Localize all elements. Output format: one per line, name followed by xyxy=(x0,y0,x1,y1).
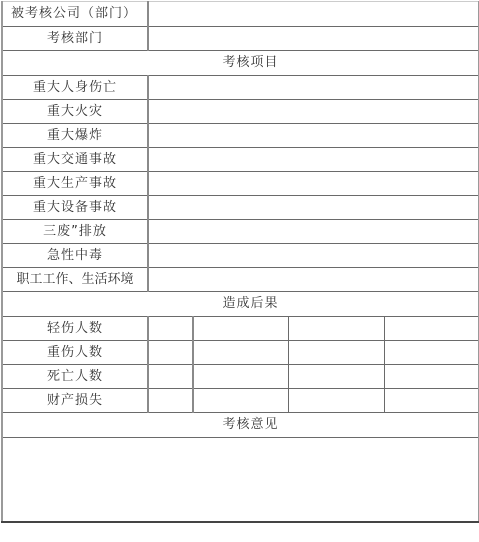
dept-label: 考核部门 xyxy=(2,27,148,51)
item-label: 重大火灾 xyxy=(2,100,148,124)
item-field-acute-poisoning[interactable] xyxy=(148,244,479,268)
minor-injury-cell[interactable] xyxy=(384,317,479,341)
minor-injury-cell[interactable] xyxy=(193,317,288,341)
deaths-cell[interactable] xyxy=(148,365,193,389)
item-label: 重大设备事故 xyxy=(2,196,148,220)
serious-injury-cell[interactable] xyxy=(193,341,288,365)
deaths-cell[interactable] xyxy=(384,365,479,389)
opinion-section-header: 考核意见 xyxy=(2,413,479,438)
item-label: 重大人身伤亡 xyxy=(2,76,148,100)
item-label: 三废”排放 xyxy=(2,220,148,244)
serious-injury-cell[interactable] xyxy=(288,341,384,365)
property-loss-cell[interactable] xyxy=(384,389,479,413)
item-field-personal-injury[interactable] xyxy=(148,76,479,100)
item-label: 重大生产事故 xyxy=(2,172,148,196)
consequence-label: 财产损失 xyxy=(2,389,148,413)
property-loss-cell[interactable] xyxy=(148,389,193,413)
serious-injury-cell[interactable] xyxy=(148,341,193,365)
dept-field[interactable] xyxy=(148,27,479,51)
property-loss-cell[interactable] xyxy=(193,389,288,413)
item-field-production-accident[interactable] xyxy=(148,172,479,196)
item-label: 职工工作、生活环境 xyxy=(2,268,148,292)
consequence-label: 轻伤人数 xyxy=(2,317,148,341)
consequences-section-header: 造成后果 xyxy=(2,292,479,317)
item-field-fire[interactable] xyxy=(148,100,479,124)
item-field-work-environment[interactable] xyxy=(148,268,479,292)
serious-injury-cell[interactable] xyxy=(384,341,479,365)
company-field[interactable] xyxy=(148,2,479,27)
property-loss-cell[interactable] xyxy=(288,389,384,413)
item-field-traffic-accident[interactable] xyxy=(148,148,479,172)
item-field-explosion[interactable] xyxy=(148,124,479,148)
deaths-cell[interactable] xyxy=(288,365,384,389)
item-label: 重大交通事故 xyxy=(2,148,148,172)
item-label: 急性中毒 xyxy=(2,244,148,268)
minor-injury-cell[interactable] xyxy=(148,317,193,341)
item-field-equipment-accident[interactable] xyxy=(148,196,479,220)
company-label: 被考核公司（部门） xyxy=(2,2,148,27)
item-label: 重大爆炸 xyxy=(2,124,148,148)
consequence-label: 重伤人数 xyxy=(2,341,148,365)
assessment-table: 被考核公司（部门） 考核部门 考核项目 重大人身伤亡 重大火灾 重大爆炸 重大交… xyxy=(1,1,479,523)
item-field-waste-discharge[interactable] xyxy=(148,220,479,244)
deaths-cell[interactable] xyxy=(193,365,288,389)
assessment-form: 被考核公司（部门） 考核部门 考核项目 重大人身伤亡 重大火灾 重大爆炸 重大交… xyxy=(1,1,478,541)
minor-injury-cell[interactable] xyxy=(288,317,384,341)
opinion-field[interactable] xyxy=(2,438,479,522)
consequence-label: 死亡人数 xyxy=(2,365,148,389)
items-section-header: 考核项目 xyxy=(2,51,479,76)
